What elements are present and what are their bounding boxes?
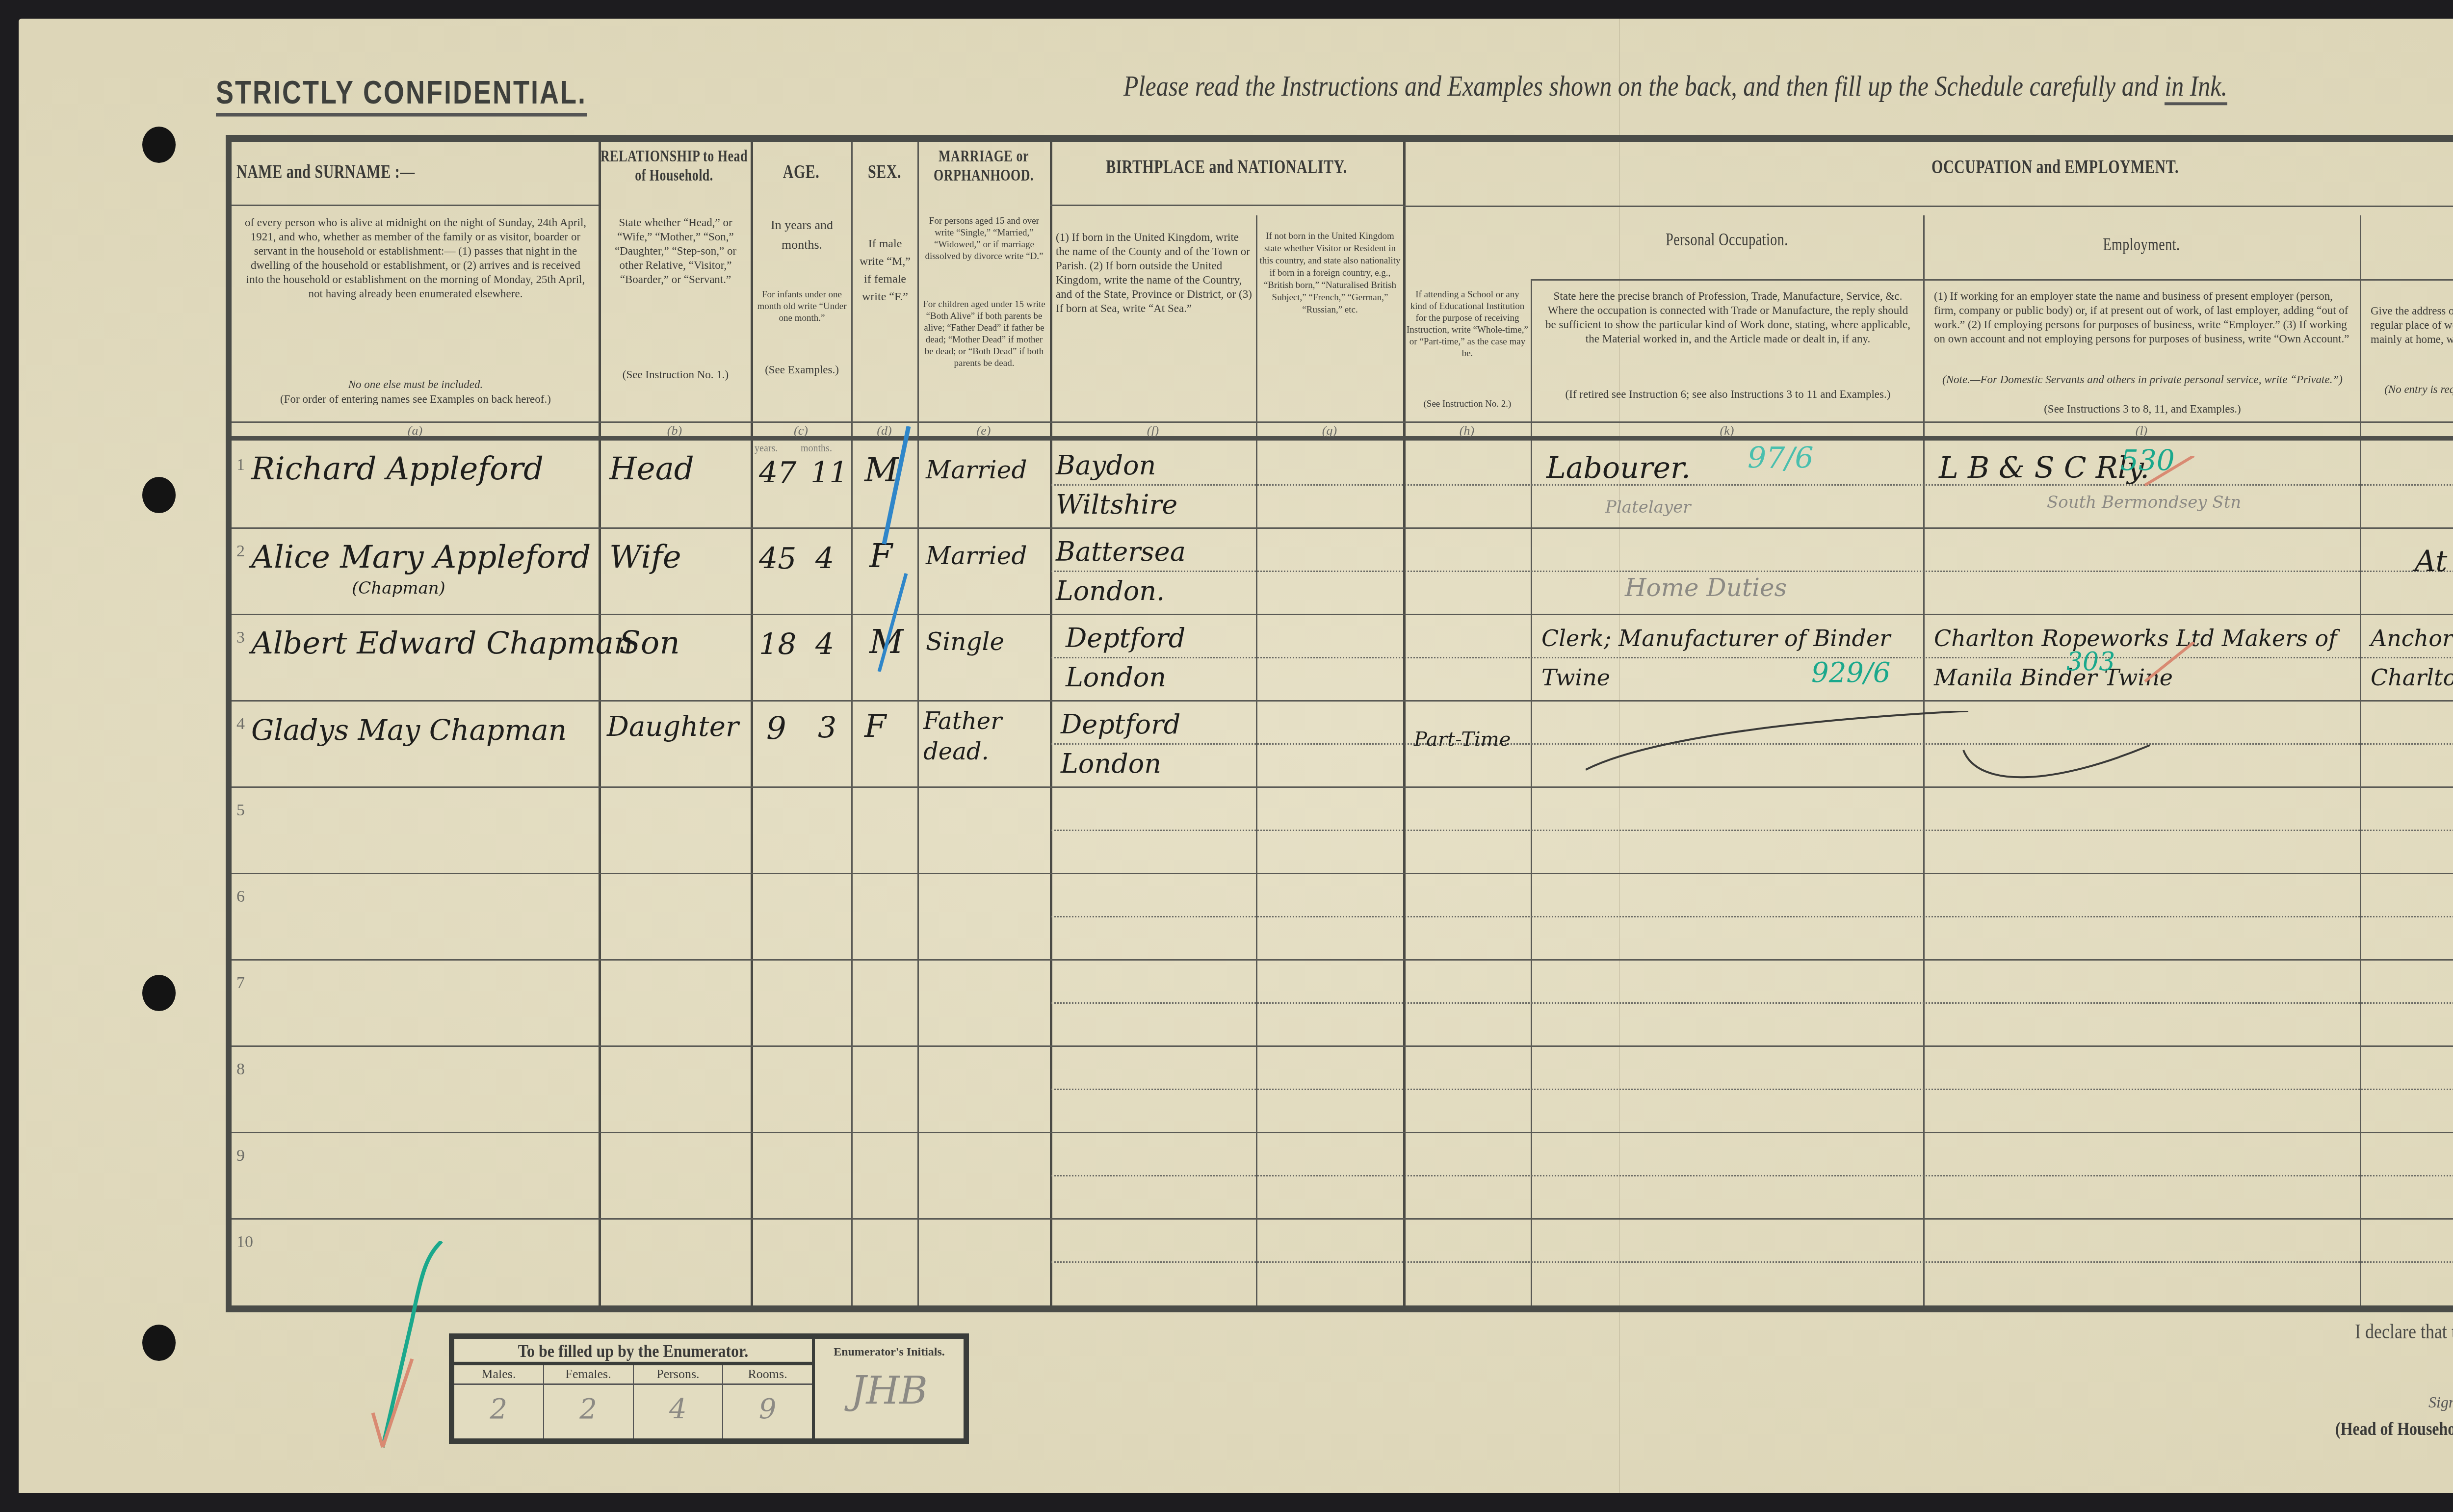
females-column: Females. 2 (544, 1363, 634, 1438)
row2-birthplace[interactable]: Battersea London. (1056, 532, 1252, 611)
instruction-line: Please read the Instructions and Example… (1123, 69, 2227, 103)
blue-pencil-tick (869, 426, 913, 672)
col-l-title: Employment. (1925, 235, 2358, 256)
row4-age-months[interactable]: 3 (818, 711, 836, 745)
row-separator (232, 614, 2453, 615)
row1-marriage[interactable]: Married (926, 456, 1027, 484)
col-b-footnote: (See Instruction No. 1.) (604, 367, 747, 382)
col-divider-d-e (917, 142, 919, 1305)
col-m-title: Place of Work. (2362, 235, 2453, 256)
enumerator-initials-label: Enumerator's Initials. (815, 1339, 964, 1359)
row1-occupation[interactable]: Labourer. (1546, 451, 1691, 485)
col-e-body2: For children aged under 15 write “Both A… (921, 299, 1047, 369)
col-letter-b: (b) (599, 423, 751, 438)
birthplace-nationality-title: BIRTHPLACE and NATIONALITY. (1052, 156, 1401, 178)
col-divider-g-h (1403, 142, 1406, 1305)
females-label: Females. (544, 1363, 633, 1385)
red-check-mark (2140, 456, 2199, 495)
col-b-body: State whether “Head,” or “Wife,” “Mother… (604, 215, 747, 287)
row3-age-months[interactable]: 4 (815, 627, 834, 662)
col-divider-a-b (599, 142, 601, 1305)
females-value[interactable]: 2 (544, 1385, 633, 1438)
row3-employment-code: 303 (2066, 647, 2115, 677)
mid-row-dotted (1051, 1261, 2453, 1263)
males-label: Males. (454, 1363, 543, 1385)
row1-employment[interactable]: L B & S C Rly. (1939, 451, 2149, 485)
age-months-sublabel: months. (801, 443, 832, 454)
occupation-employment-title: OCCUPATION and EMPLOYMENT. (1405, 156, 2453, 178)
col-c-footnote: (See Examples.) (757, 363, 847, 377)
col-divider-l-m (2360, 215, 2361, 1305)
row-separator (232, 1218, 2453, 1220)
persons-column: Persons. 4 (634, 1363, 724, 1438)
row2-marriage[interactable]: Married (926, 542, 1027, 570)
col-k-footnote: (If retired see Instruction 6; see also … (1541, 387, 1914, 401)
col-h-body: If attending a School or any kind of Edu… (1406, 289, 1529, 360)
col-a-note: No one else must be included. (244, 377, 587, 391)
row3-age-years[interactable]: 18 (759, 627, 796, 662)
hdr-line (232, 205, 599, 206)
col-letter-e: (e) (917, 423, 1050, 438)
hdr-line (1531, 279, 2453, 281)
row-number: 9 (236, 1147, 245, 1165)
row1-occupation-code: 97/6 (1748, 441, 1814, 475)
col-letter-c: (c) (751, 423, 851, 438)
col-letter-g: (g) (1256, 423, 1403, 438)
row-separator (232, 959, 2453, 961)
col-m-note: (No entry is required for any person who… (2371, 382, 2453, 396)
row-number: 10 (236, 1233, 253, 1251)
punch-hole (142, 1325, 176, 1361)
row-number: 5 (236, 801, 245, 820)
row-number: 3 (236, 628, 245, 647)
mid-row-dotted (1051, 1002, 2453, 1004)
row4-relationship[interactable]: Daughter (607, 711, 739, 743)
col-divider-e-f (1050, 142, 1052, 1305)
col-a-footnote: (For order of entering names see Example… (244, 392, 587, 406)
rooms-value[interactable]: 9 (723, 1385, 812, 1438)
row-number: 4 (236, 715, 245, 733)
census-table: NAME and SURNAME :— of every person who … (226, 135, 2453, 1312)
row-number: 8 (236, 1060, 245, 1079)
row2-relationship[interactable]: Wife (609, 539, 681, 575)
row1-birthplace[interactable]: Baydon Wiltshire (1056, 446, 1252, 524)
row1-employment-note: South Bermondsey Stn (2047, 493, 2241, 512)
declaration-text: I declare that this Schedule is correctl… (2355, 1320, 2453, 1343)
red-check-mark (2140, 642, 2199, 686)
col-d-body: If male write “M,” if female write “F.” (856, 235, 914, 306)
males-value[interactable]: 2 (454, 1385, 543, 1438)
age-years-sublabel: years. (755, 443, 778, 454)
row1-age-years[interactable]: 47 (759, 456, 796, 490)
col-d-title: SEX. (853, 161, 916, 183)
row2-age-months[interactable]: 4 (815, 542, 834, 576)
col-a-body: of every person who is alive at midnight… (244, 215, 587, 301)
mid-row-dotted (1051, 916, 2453, 917)
row4-sex[interactable]: F (864, 708, 886, 745)
signature-label: Signature (2428, 1393, 2453, 1411)
row-number: 1 (236, 456, 245, 474)
col-letter-h: (h) (1403, 423, 1531, 438)
row4-name[interactable]: Gladys May Chapman (251, 713, 567, 747)
col-e-title: MARRIAGE or ORPHANHOOD. (919, 147, 1048, 185)
col-letter-k: (k) (1531, 423, 1923, 438)
col-a-title: NAME and SURNAME :— (236, 161, 595, 183)
signature-note: (Head of Household, Manager of Establish… (2335, 1418, 2453, 1439)
col-l-footnote: (See Instructions 3 to 8, 11, and Exampl… (1934, 402, 2351, 416)
row3-occupation-code: 929/6 (1811, 657, 1890, 689)
col-letter-f: (f) (1050, 423, 1256, 438)
mid-row-dotted (1051, 1175, 2453, 1176)
row4-education[interactable]: Part-Time (1414, 728, 1511, 751)
row3-marriage[interactable]: Single (926, 627, 1004, 656)
row-number: 7 (236, 974, 245, 992)
hdr-line (1050, 205, 1403, 206)
row-separator (232, 1132, 2453, 1133)
row-separator (232, 1045, 2453, 1047)
row4-age-years[interactable]: 9 (766, 711, 786, 747)
persons-label: Persons. (634, 1363, 723, 1385)
instruction-text: Please read the Instructions and Example… (1123, 69, 2159, 102)
col-letter-a: (a) (232, 423, 599, 438)
row2-occupation[interactable]: Home Duties (1625, 574, 1787, 602)
row-number: 2 (236, 542, 245, 561)
row1-relationship[interactable]: Head (609, 451, 694, 487)
dash-stroke-l (1958, 730, 2155, 789)
row2-name-note: (Chapman) (352, 578, 445, 598)
col-letter-l: (l) (1923, 423, 2360, 438)
row1-name[interactable]: Richard Appleford (251, 451, 544, 487)
mid-row-dotted (1051, 484, 2453, 486)
col-k-body: State here the precise branch of Profess… (1541, 289, 1914, 346)
row-separator (232, 527, 2453, 529)
mid-row-dotted (1051, 571, 2453, 572)
row2-age-years[interactable]: 45 (759, 542, 796, 576)
col-f-body: (1) If born in the United Kingdom, write… (1056, 230, 1252, 315)
enumerator-initials-value[interactable]: JHB (815, 1359, 964, 1438)
col-letter-m: (m) (2360, 423, 2453, 438)
row2-name[interactable]: Alice Mary Appleford (251, 539, 591, 575)
col-l-note: (Note.—For Domestic Servants and others … (1934, 372, 2351, 387)
punch-hole (142, 127, 176, 163)
red-margin-tick (363, 1354, 422, 1452)
persons-value[interactable]: 4 (634, 1385, 723, 1438)
row2-place-of-work[interactable]: At Home. (2415, 544, 2453, 578)
rooms-column: Rooms. 9 (723, 1363, 812, 1438)
col-g-body: If not born in the United Kingdom state … (1259, 230, 1401, 316)
col-c-title: AGE. (753, 161, 850, 183)
males-column: Males. 2 (454, 1363, 544, 1438)
col-divider-f-g (1256, 215, 1257, 1305)
col-c-body: In years and months. (757, 215, 847, 255)
row-separator (232, 873, 2453, 874)
col-divider-b-c (751, 142, 753, 1305)
row-separator (232, 700, 2453, 702)
punch-hole (142, 477, 176, 513)
rooms-label: Rooms. (723, 1363, 812, 1385)
mid-row-dotted (1051, 1089, 2453, 1090)
col-l-body: (1) If working for an employer state the… (1934, 289, 2351, 346)
row-number: 6 (236, 887, 245, 906)
row3-name[interactable]: Albert Edward Chapman (251, 625, 633, 661)
row1-age-months[interactable]: 11 (810, 456, 848, 490)
enumerator-summary-box: To be filled up by the Enumerator. Males… (449, 1333, 969, 1444)
col-k-title: Personal Occupation. (1533, 230, 1921, 251)
mid-row-dotted (1051, 830, 2453, 831)
col-e-body: For persons aged 15 and over write “Sing… (921, 215, 1047, 262)
col-m-body: Give the address of each person’s place … (2371, 304, 2453, 346)
row4-marriage[interactable]: Father dead. (923, 706, 1041, 767)
row3-place-of-work[interactable]: Anchor & Hope Lane Charlton S.E.7 (2371, 619, 2453, 697)
hdr-line (1403, 206, 2453, 207)
dash-stroke-k (1586, 711, 1978, 789)
col-b-title: RELATIONSHIP to Head of Household. (600, 147, 748, 185)
col-h-footnote: (See Instruction No. 2.) (1406, 397, 1529, 411)
col-divider-c-d (851, 142, 853, 1305)
row3-birthplace[interactable]: Deptford London (1066, 619, 1252, 697)
punch-hole (142, 975, 176, 1011)
row3-relationship[interactable]: Son (619, 625, 680, 661)
hdr-line-letters (232, 421, 2453, 423)
confidential-label: STRICTLY CONFIDENTIAL. (216, 74, 587, 117)
row1-occupation-note: Platelayer (1605, 497, 1691, 517)
enumerator-summary-heading: To be filled up by the Enumerator. (454, 1337, 812, 1365)
col-c-small: For infants under one month old write “U… (757, 289, 847, 324)
instruction-emphasis: in Ink. (2165, 69, 2227, 105)
row4-birthplace[interactable]: Deptford London (1061, 705, 1252, 783)
